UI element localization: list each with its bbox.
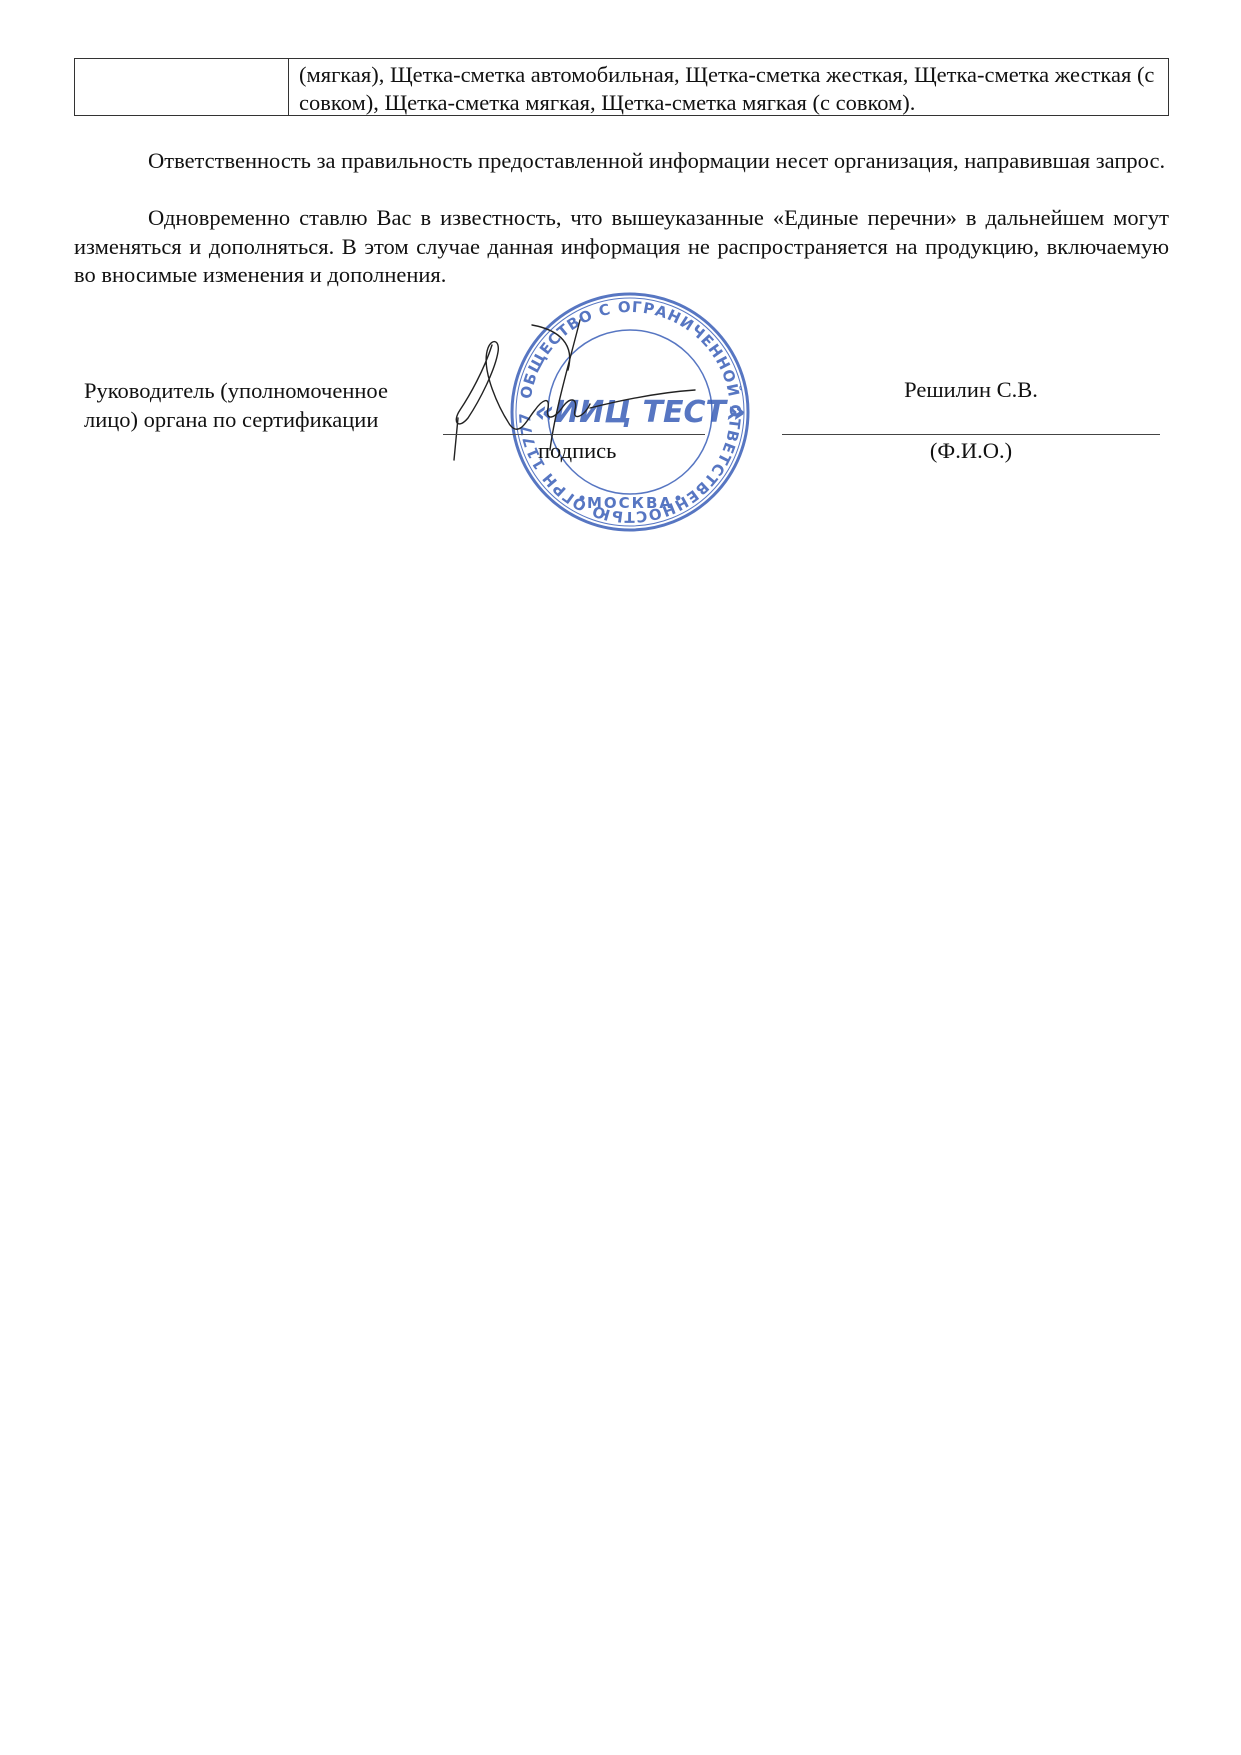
signature-caption: подпись [538, 437, 616, 465]
table-cell-empty [75, 59, 289, 115]
svg-text:ОБЩЕСТВО С ОГРАНИЧЕННОЙ ОТВЕТС: ОБЩЕСТВО С ОГРАНИЧЕННОЙ ОТВЕТСТВЕННОСТЬЮ… [500, 288, 744, 526]
product-table-fragment: (мягкая), Щетка-сметка автомобильная, Ще… [74, 58, 1169, 116]
table-cell-product-list: (мягкая), Щетка-сметка автомобильная, Ще… [289, 59, 1168, 115]
signature-line [443, 434, 705, 435]
stamp-center-text: «ИИЦ ТЕСТ» [535, 395, 746, 430]
organization-stamp: ОБЩЕСТВО С ОГРАНИЧЕННОЙ ОТВЕТСТВЕННОСТЬЮ… [500, 288, 760, 536]
document-page: (мягкая), Щетка-сметка автомобильная, Ще… [0, 0, 1241, 1755]
responsibility-paragraph: Ответственность за правильность предоста… [74, 147, 1169, 176]
name-caption: (Ф.И.О.) [782, 437, 1160, 465]
signatory-name: Решилин С.В. [782, 376, 1160, 404]
notice-paragraph: Одновременно ставлю Вас в известность, ч… [74, 204, 1169, 290]
signatory-role: Руководитель (уполномоченное лицо) орган… [84, 376, 444, 434]
stamp-city-text: МОСКВА [587, 494, 673, 512]
stamp-outer-text: ОБЩЕСТВО С ОГРАНИЧЕННОЙ ОТВЕТСТВЕННОСТЬЮ… [500, 288, 744, 526]
name-line [782, 434, 1160, 435]
